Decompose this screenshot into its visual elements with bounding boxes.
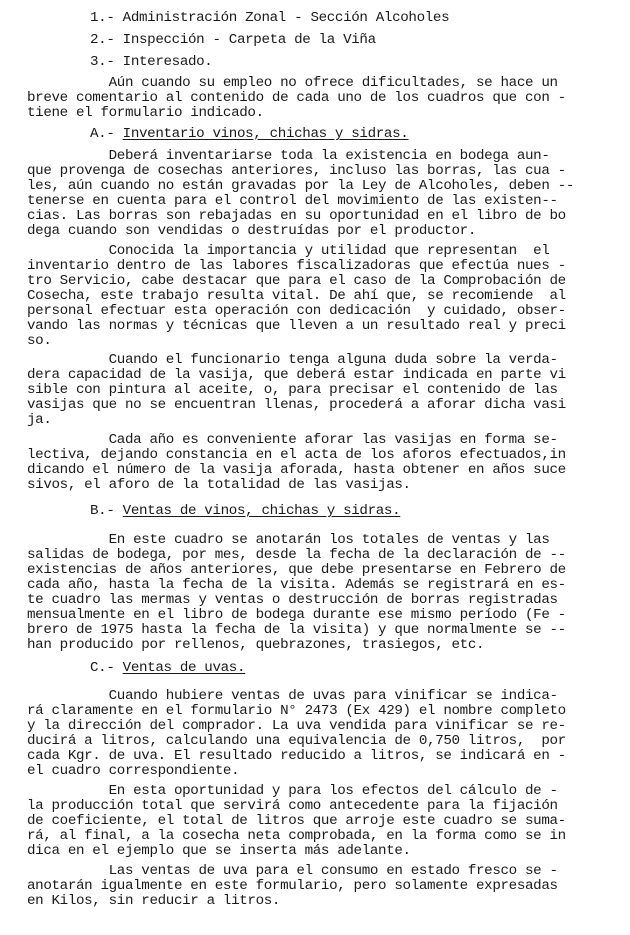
paragraph-line: Conocida la importancia y utilidad que r…: [27, 243, 550, 259]
section-heading-b: B.- Ventas de vinos, chichas y sidras.: [90, 503, 400, 519]
distribution-item-1: 1.- Administración Zonal - Sección Alcoh…: [90, 10, 449, 26]
paragraph-line: dicando el número de la vasija aforada, …: [27, 462, 566, 478]
paragraph-line: dera capacidad de la vasija, que deberá …: [27, 367, 566, 383]
paragraph-line: te cuadro las mermas y ventas o destrucc…: [27, 592, 558, 608]
paragraph-line: y la dirección del comprador. La uva ven…: [27, 718, 566, 734]
paragraph-line: cada Kgr. de uva. El resultado reducido …: [27, 748, 566, 764]
paragraph-line: cada año, hasta la fecha de la visita. A…: [27, 577, 566, 593]
paragraph-line: la producción total que servirá como ant…: [27, 798, 558, 814]
paragraph-line: anotarán igualmente en este formulario, …: [27, 878, 558, 894]
paragraph-line: Deberá inventariarse toda la existencia …: [27, 148, 550, 164]
paragraph-line: Cosecha, este trabajo resulta vital. De …: [27, 288, 566, 304]
section-title-c: Ventas de uvas.: [123, 660, 245, 676]
paragraph-line: Cuando hubiere ventas de uvas para vinif…: [27, 688, 558, 704]
paragraph-line: les, aún cuando no están gravadas por la…: [27, 178, 574, 194]
paragraph-line: Cuando el funcionario tenga alguna duda …: [27, 352, 558, 368]
paragraph-line: han producido por rellenos, quebrazones,…: [27, 637, 484, 653]
paragraph-line: mensualmente en el libro de bodega duran…: [27, 607, 566, 623]
paragraph-line: que provenga de cosechas anteriores, inc…: [27, 163, 566, 179]
paragraph-line: vasijas que no se encuentran llenas, pro…: [27, 397, 566, 413]
paragraph-line: en Kilos, sin reducir a litros.: [27, 893, 280, 909]
paragraph-line: brero de 1975 hasta la fecha de la visit…: [27, 622, 566, 638]
paragraph-line: vando las normas y técnicas que lleven a…: [27, 318, 566, 334]
paragraph-line: lectiva, dejando constancia en el acta d…: [27, 447, 566, 463]
typewritten-page: 1.- Administración Zonal - Sección Alcoh…: [0, 0, 630, 935]
paragraph-line: cias. Las borras son rebajadas en su opo…: [27, 208, 566, 224]
paragraph-line: dega cuando son vendidas o destruídas po…: [27, 223, 476, 239]
section-title-b: Ventas de vinos, chichas y sidras.: [123, 503, 401, 519]
paragraph-line: Las ventas de uva para el consumo en est…: [27, 863, 558, 879]
paragraph-line: rá claramente en el formulario N° 2473 (…: [27, 703, 566, 719]
paragraph-line: Cada año es conveniente aforar las vasij…: [27, 432, 558, 448]
paragraph-line: personal efectuar esta operación con ded…: [27, 303, 566, 319]
paragraph-line: tro Servicio, cabe destacar que para el …: [27, 273, 566, 289]
intro-line: breve comentario al contenido de cada un…: [27, 90, 566, 106]
paragraph-line: de coeficiente, el total de litros que a…: [27, 813, 566, 829]
paragraph-line: ja.: [27, 412, 52, 428]
paragraph-line: inventario dentro de las labores fiscali…: [27, 258, 566, 274]
paragraph-line: sible con pintura al aceite, o, para pre…: [27, 382, 558, 398]
section-heading-c: C.- Ventas de uvas.: [90, 660, 245, 676]
paragraph-line: existencias de años anteriores, que debe…: [27, 562, 566, 578]
section-title-a: Inventario vinos, chichas y sidras.: [123, 126, 409, 142]
section-heading-a: A.- Inventario vinos, chichas y sidras.: [90, 126, 408, 142]
paragraph-line: ducirá a litros, calculando una equivale…: [27, 733, 566, 749]
paragraph-line: tenerse en cuenta para el control del mo…: [27, 193, 558, 209]
intro-line: Aún cuando su empleo no ofrece dificulta…: [27, 75, 558, 91]
intro-line: tiene el formulario indicado.: [27, 105, 264, 121]
distribution-item-2: 2.- Inspección - Carpeta de la Viña: [90, 32, 376, 48]
paragraph-line: En esta oportunidad y para los efectos d…: [27, 783, 558, 799]
paragraph-line: En este cuadro se anotarán los totales d…: [27, 532, 550, 548]
paragraph-line: rá, al final, a la cosecha neta comproba…: [27, 828, 566, 844]
paragraph-line: sivos, el aforo de la totalidad de las v…: [27, 477, 411, 493]
paragraph-line: so.: [27, 333, 52, 349]
paragraph-line: salidas de bodega, por mes, desde la fec…: [27, 547, 566, 563]
paragraph-line: dica en el ejemplo que se inserta más ad…: [27, 843, 411, 859]
paragraph-line: el cuadro correspondiente.: [27, 763, 239, 779]
distribution-item-3: 3.- Interesado.: [90, 54, 212, 70]
